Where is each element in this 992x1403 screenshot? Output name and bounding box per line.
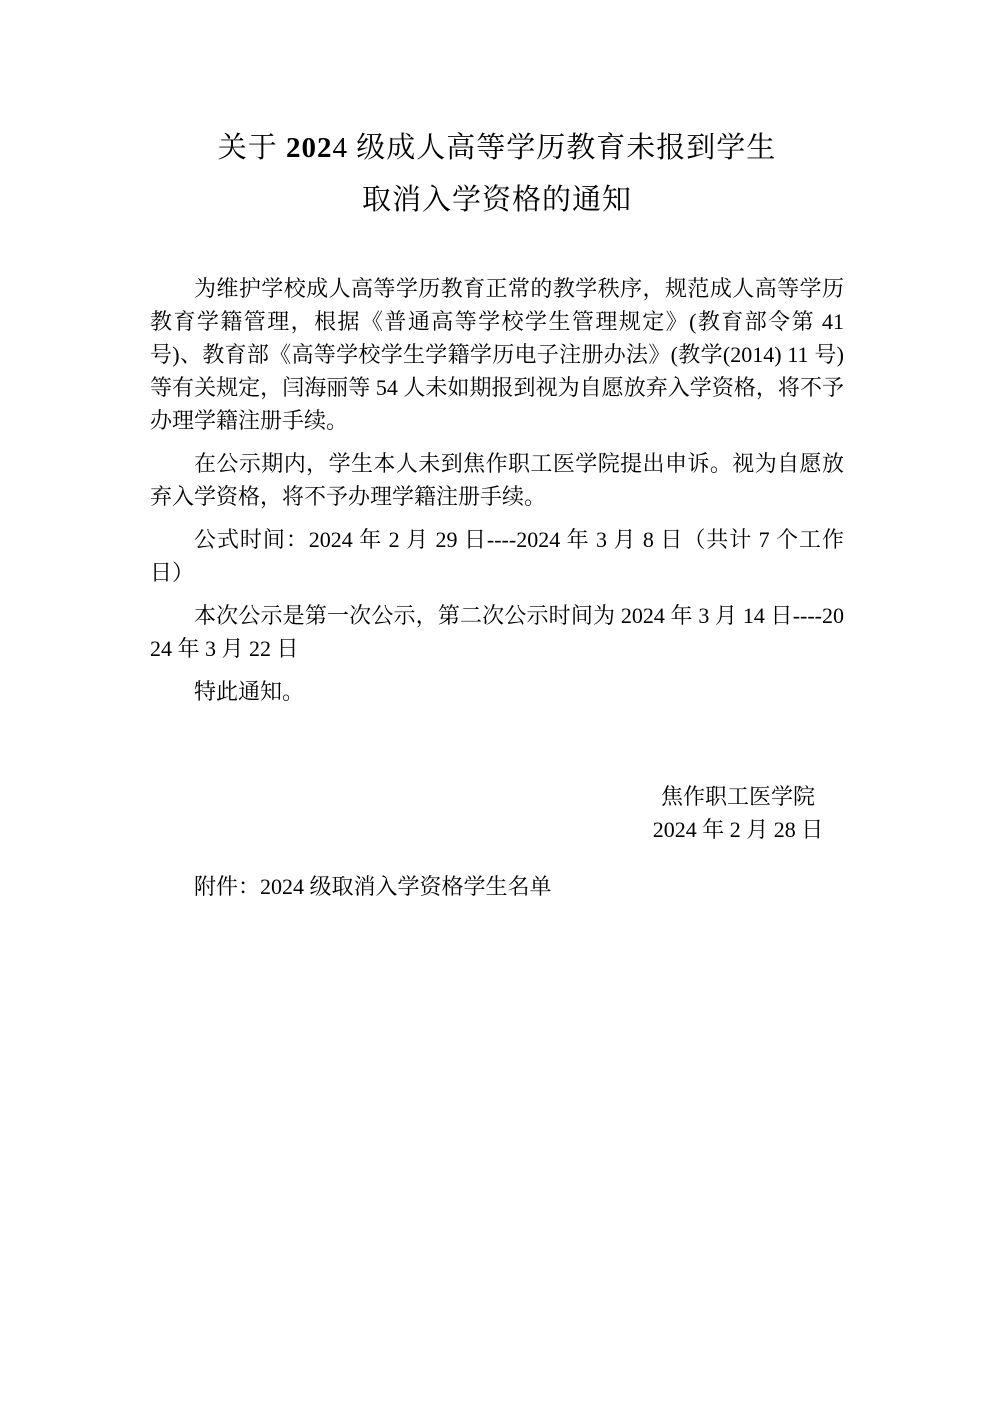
title-line1-suffix: 4 级成人高等学历教育未报到学生 bbox=[333, 132, 777, 164]
document-page: 关于 2024 级成人高等学历教育未报到学生 取消入学资格的通知 为维护学校成人… bbox=[0, 0, 992, 1403]
signature-organization: 焦作职工医学院 bbox=[638, 780, 838, 813]
title-line2: 取消入学资格的通知 bbox=[362, 184, 632, 216]
paragraph-appeal-period: 在公示期内，学生本人未到焦作职工医学院提出申诉。视为自愿放弃入学资格，将不予办理… bbox=[150, 447, 844, 513]
paragraph-regulations: 为维护学校成人高等学历教育正常的教学秩序，规范成人高等学历教育学籍管理，根据《普… bbox=[150, 272, 844, 437]
attachment-line: 附件：2024 级取消入学资格学生名单 bbox=[150, 870, 844, 903]
title-line1-prefix: 关于 bbox=[218, 132, 286, 164]
title-line1: 关于 2024 级成人高等学历教育未报到学生 bbox=[218, 132, 777, 164]
paragraph-notice-closing: 特此通知。 bbox=[150, 675, 844, 708]
paragraph-publicity-time: 公式时间：2024 年 2 月 29 日----2024 年 3 月 8 日（共… bbox=[150, 523, 844, 589]
signature-block: 焦作职工医学院 2024 年 2 月 28 日 bbox=[638, 780, 838, 846]
document-body: 为维护学校成人高等学历教育正常的教学秩序，规范成人高等学历教育学籍管理，根据《普… bbox=[150, 272, 844, 708]
document-title: 关于 2024 级成人高等学历教育未报到学生 取消入学资格的通知 bbox=[150, 122, 844, 226]
signature-date: 2024 年 2 月 28 日 bbox=[638, 813, 838, 846]
title-line1-bold-year: 202 bbox=[286, 132, 333, 164]
paragraph-second-publicity: 本次公示是第一次公示，第二次公示时间为 2024 年 3 月 14 日----2… bbox=[150, 599, 844, 665]
